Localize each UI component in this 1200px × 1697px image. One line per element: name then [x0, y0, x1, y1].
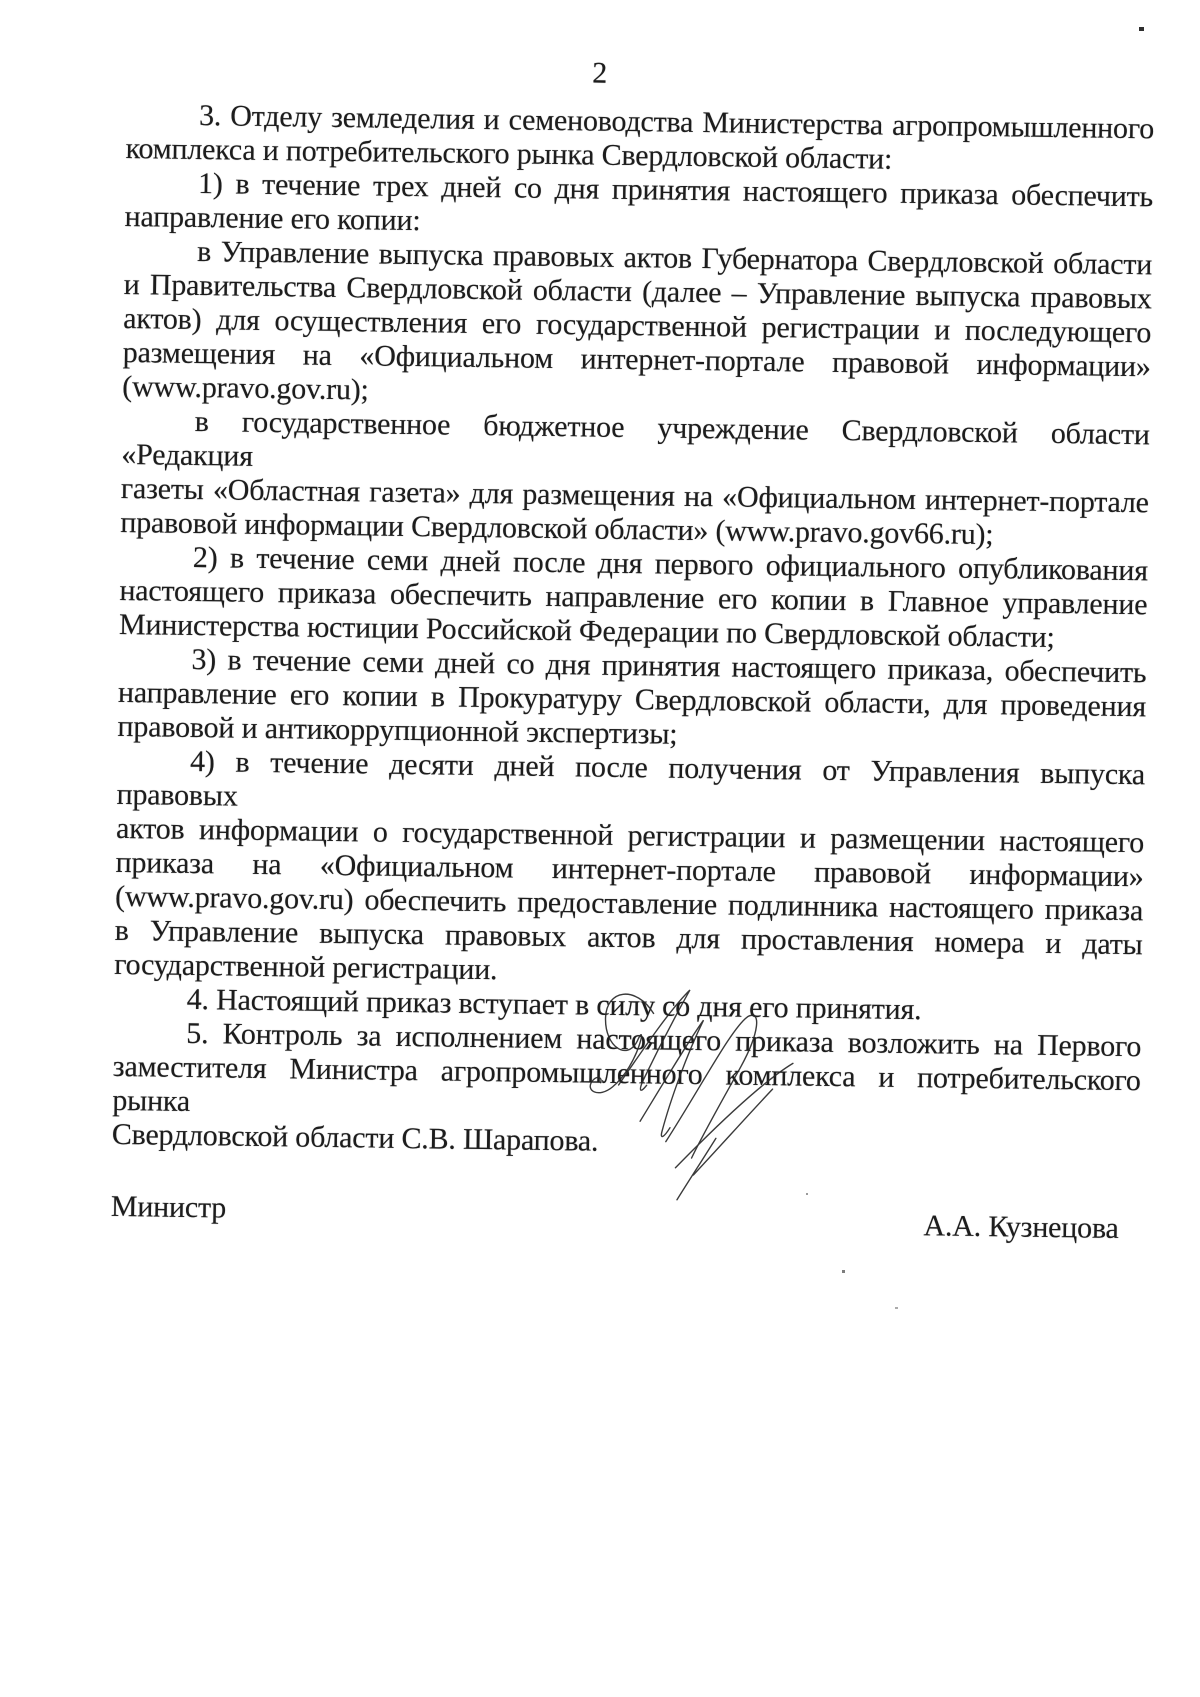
document-content: 2 3. Отделу земледелия и семеноводства М…: [108, 50, 1155, 1434]
scanned-document-page: 2 3. Отделу земледелия и семеноводства М…: [0, 0, 1200, 1697]
signer-name: А.А. Кузнецова: [923, 1209, 1119, 1246]
paragraph-subitem-2: 2) в течение семи дней после дня первого…: [119, 540, 1148, 656]
page-number: 2: [127, 50, 1073, 97]
signature-block: Министр А.А. Кузнецова: [108, 1190, 1139, 1434]
scan-speck: [895, 1307, 898, 1309]
scan-speck: [842, 1270, 845, 1273]
scan-speck: [1139, 27, 1144, 31]
paragraph-item-5: 5. Контроль за исполнением настоящего пр…: [112, 1016, 1142, 1166]
paragraph-subitem-4: 4) в течение десяти дней после получения…: [114, 744, 1145, 996]
scan-speck: [806, 1193, 808, 1195]
paragraph-subitem-3: 3) в течение семи дней со дня принятия н…: [117, 642, 1146, 758]
paragraph-upravlenie: в Управление выпуска правовых актов Губе…: [122, 234, 1152, 418]
paragraph-gazeta: в государственное бюджетное учреждение С…: [120, 404, 1150, 554]
minister-title: Министр: [111, 1190, 227, 1226]
